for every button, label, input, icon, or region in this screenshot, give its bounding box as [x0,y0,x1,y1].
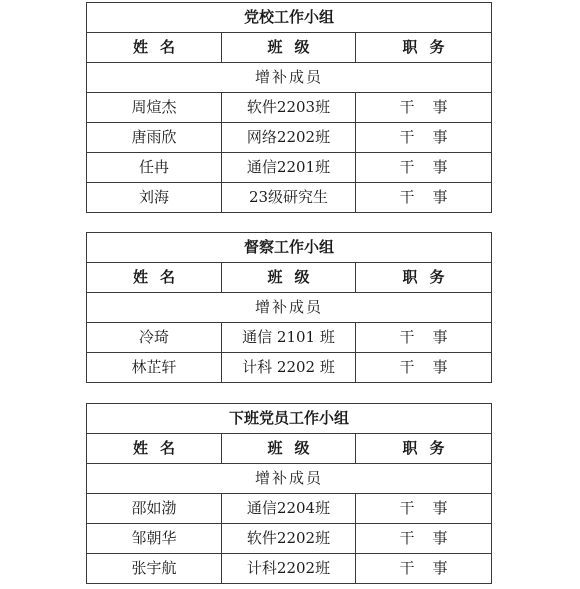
table-row: 任冉 通信2201班 干事 [87,153,492,183]
member-class: 软件2202班 [222,524,356,554]
member-class: 通信2204班 [222,494,356,524]
member-role: 干事 [356,554,492,584]
column-header-class: 班级 [222,263,356,293]
member-role: 干事 [356,93,492,123]
column-header-name: 姓名 [87,263,222,293]
column-header-class: 班级 [222,33,356,63]
member-name: 冷琦 [87,323,222,353]
member-name: 邵如渤 [87,494,222,524]
table-row: 张宇航 计科2202班 干事 [87,554,492,584]
column-header-class: 班级 [222,434,356,464]
member-role: 干事 [356,524,492,554]
group-table-party-school: 党校工作小组 姓名 班级 职务 增补成员 周煊杰 软件2203班 干事 唐雨欣 … [86,2,492,213]
group-title: 下班党员工作小组 [87,404,492,434]
member-role: 干事 [356,323,492,353]
column-header-role: 职务 [356,434,492,464]
member-class: 通信2201班 [222,153,356,183]
group-table-supervision: 督察工作小组 姓名 班级 职务 增补成员 冷琦 通信 2101 班 干事 林芷轩… [86,232,492,383]
member-role: 干事 [356,183,492,213]
subheader-added-members: 增补成员 [87,63,492,93]
member-role: 干事 [356,494,492,524]
member-class: 23级研究生 [222,183,356,213]
group-title: 党校工作小组 [87,3,492,33]
group-table-grassroots-members: 下班党员工作小组 姓名 班级 职务 增补成员 邵如渤 通信2204班 干事 邹朝… [86,403,492,584]
member-name: 邹朝华 [87,524,222,554]
table-row: 刘海 23级研究生 干事 [87,183,492,213]
member-role: 干事 [356,123,492,153]
member-name: 周煊杰 [87,93,222,123]
table-row: 林芷轩 计科 2202 班 干事 [87,353,492,383]
member-class: 计科2202班 [222,554,356,584]
column-header-name: 姓名 [87,33,222,63]
member-name: 唐雨欣 [87,123,222,153]
table-row: 唐雨欣 网络2202班 干事 [87,123,492,153]
table-row: 周煊杰 软件2203班 干事 [87,93,492,123]
member-class: 软件2203班 [222,93,356,123]
column-header-name: 姓名 [87,434,222,464]
member-role: 干事 [356,153,492,183]
column-header-role: 职务 [356,33,492,63]
member-name: 张宇航 [87,554,222,584]
subheader-added-members: 增补成员 [87,464,492,494]
member-name: 任冉 [87,153,222,183]
table-row: 冷琦 通信 2101 班 干事 [87,323,492,353]
table-row: 邹朝华 软件2202班 干事 [87,524,492,554]
table-row: 邵如渤 通信2204班 干事 [87,494,492,524]
member-class: 通信 2101 班 [222,323,356,353]
member-role: 干事 [356,353,492,383]
subheader-added-members: 增补成员 [87,293,492,323]
member-name: 刘海 [87,183,222,213]
column-header-role: 职务 [356,263,492,293]
group-title: 督察工作小组 [87,233,492,263]
member-class: 计科 2202 班 [222,353,356,383]
member-name: 林芷轩 [87,353,222,383]
member-class: 网络2202班 [222,123,356,153]
